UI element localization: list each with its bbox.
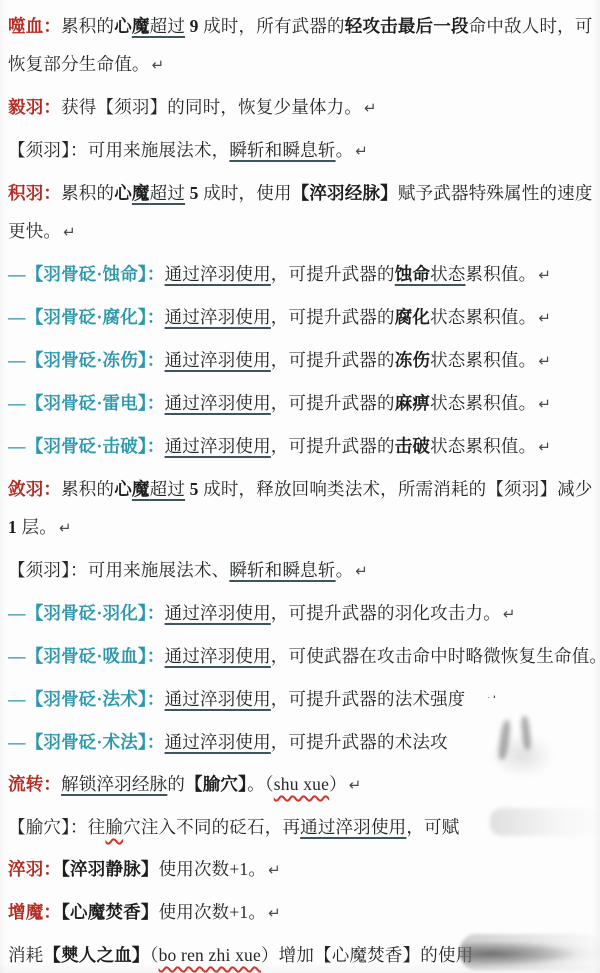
text-segment: 超过 (150, 16, 185, 36)
paragraph: 流转：解锁淬羽经脉的【腧穴】。（shu xue）↵ (8, 765, 598, 804)
paragraph: —【羽骨砭·雷电】：通过淬羽使用，可提升武器的麻痹状态累积值。↵ (8, 384, 598, 423)
paragraph-mark: ↵ (61, 223, 76, 241)
text-segment: 超过 (150, 479, 185, 499)
text-segment: ） (329, 774, 347, 794)
text-segment: —【羽骨砭·法术】： (8, 689, 165, 709)
paragraph: 消耗【僰人之血】（bo ren zhi xue）增加【心魔焚香】的使用 (8, 936, 598, 973)
text-segment: —【羽骨砭·吸血】： (8, 646, 165, 666)
text-segment: 心 (114, 183, 132, 203)
paragraph: —【羽骨砭·腐化】：通过淬羽使用，可提升武器的腐化状态累积值。↵ (8, 298, 598, 337)
text-segment: ，可提升武器的 (271, 436, 395, 456)
text-segment: 轻攻击最后一段 (345, 16, 469, 36)
text-segment: 魔 (132, 16, 150, 36)
text-segment: 麻痹 (395, 393, 430, 413)
paragraph: —【羽骨砭·术法】：通过淬羽使用，可提升武器的术法攻 (8, 723, 598, 761)
text-segment: 【僰人之血】 (43, 945, 149, 965)
document-body: 噬血：累积的心魔超过 9 成时，所有武器的轻攻击最后一段命中敌人时，可恢复部分生… (8, 7, 598, 973)
text-segment: ）增加【心魔焚香】的使用 (261, 945, 473, 965)
text-segment: 层。 (22, 517, 57, 537)
text-segment: 通过淬羽使用 (165, 603, 271, 623)
text-segment: 状态累积值。 (430, 436, 536, 456)
text-segment: 【淬羽静脉】 (61, 859, 158, 879)
paragraph-mark: ↵ (501, 605, 516, 623)
text-segment: ，可赋 (406, 817, 459, 837)
text-segment: 累积的 (61, 16, 114, 36)
text-segment: 穴注入不同的砭石，再 (123, 817, 300, 837)
text-segment: 消耗 (8, 945, 43, 965)
text-segment: 敛羽： (8, 479, 61, 499)
text-segment: 积羽： (8, 183, 61, 203)
text-segment: 冻伤 (395, 350, 430, 370)
paragraph: 敛羽：累积的心魔超过 5 成时，释放回响类法术，所需消耗的【须羽】减少 1 层。… (8, 470, 598, 547)
text-segment: —【羽骨砭·腐化】： (8, 307, 165, 327)
text-segment: 魔 (132, 183, 150, 203)
text-segment: 通过淬羽使用 (165, 350, 271, 370)
paragraph: —【羽骨砭·蚀命】：通过淬羽使用，可提升武器的蚀命状态累积值。↵ (8, 255, 598, 294)
text-segment: 淬羽： (8, 859, 61, 879)
paragraph: 淬羽：【淬羽静脉】使用次数+1。↵ (8, 850, 598, 889)
text-segment: 通过淬羽使用 (165, 732, 271, 752)
text-segment: —【羽骨砭·术法】： (8, 732, 165, 752)
text-segment: 通过淬羽使用 (165, 264, 271, 284)
paragraph: 【腧穴】：往腧穴注入不同的砭石，再通过淬羽使用，可赋 (8, 808, 598, 846)
paragraph: —【羽骨砭·法术】：通过淬羽使用，可提升武器的法术强度。↵ (8, 680, 598, 719)
text-segment: 通过淬羽使用 (165, 646, 271, 666)
text-segment: 9 (185, 16, 203, 36)
text-segment: 腐化 (395, 307, 430, 327)
text-segment: 。 (336, 140, 354, 160)
paragraph: —【羽骨砭·冻伤】：通过淬羽使用，可提升武器的冻伤状态累积值。↵ (8, 341, 598, 380)
paragraph-mark: ↵ (266, 861, 281, 879)
text-segment: 心 (114, 479, 132, 499)
text-segment: 通过淬羽使用 (165, 393, 271, 413)
text-segment: 。（ (247, 774, 274, 794)
text-segment: 解锁淬羽经脉 (61, 774, 167, 794)
text-segment: 状态累积值。 (430, 393, 536, 413)
text-segment: 超过 (150, 183, 185, 203)
text-segment: 1 (8, 517, 22, 537)
paragraph-mark: ↵ (347, 776, 362, 794)
paragraph: 毅羽：获得【须羽】的同时，恢复少量体力。↵ (8, 88, 598, 127)
text-segment: 成时，所有武器的 (203, 16, 345, 36)
text-segment: 状态累积值。 (430, 307, 536, 327)
text-segment: 【心魔焚香】 (61, 902, 158, 922)
text-segment: （ (150, 945, 159, 965)
text-segment: 使用次数+1。 (159, 902, 267, 922)
paragraph-mark: ↵ (353, 142, 368, 160)
text-segment: 状态 (430, 264, 465, 284)
paragraph-mark: ↵ (536, 352, 551, 370)
paragraph-mark: ↵ (353, 562, 368, 580)
text-segment: 【须羽】：可用来施展法术、 (8, 560, 229, 580)
text-segment: 累积的 (61, 479, 114, 499)
text-segment: 流转： (8, 774, 61, 794)
text-segment: 通过淬羽使用 (165, 689, 271, 709)
paragraph: 积羽：累积的心魔超过 5 成时，使用【淬羽经脉】赋予武器特殊属性的速度更快。↵ (8, 174, 598, 251)
text-segment: 累积的 (61, 183, 114, 203)
paragraph: —【羽骨砭·羽化】：通过淬羽使用，可提升武器的羽化攻击力。↵ (8, 594, 598, 633)
text-segment: 通过淬羽使用 (165, 436, 271, 456)
text-segment: 累积值。 (466, 264, 537, 284)
text-segment: 瞬斩和瞬息斩 (229, 140, 335, 160)
paragraph-mark: ↵ (362, 99, 377, 117)
text-segment: ，可使武器在攻击命中时略微恢复生命值。 (271, 646, 600, 666)
paragraph: —【羽骨砭·击破】：通过淬羽使用，可提升武器的击破状态累积值。↵ (8, 427, 598, 466)
text-segment: 瞬斩和瞬息斩 (229, 560, 335, 580)
text-segment: 。 (336, 560, 354, 580)
text-segment: 成时，使用 (203, 183, 292, 203)
text-segment: 增魔： (8, 902, 61, 922)
text-segment: —【羽骨砭·羽化】： (8, 603, 165, 623)
text-segment: 心 (114, 16, 132, 36)
text-segment: 通过淬羽使用 (300, 817, 406, 837)
paragraph-mark: ↵ (536, 438, 551, 456)
paragraph-mark: ↵ (536, 266, 551, 284)
text-segment: 蚀命 (395, 264, 430, 284)
text-segment: 【腧穴】：往 (8, 817, 105, 837)
text-segment: ，可提升武器的 (271, 264, 395, 284)
text-segment: ，可提升武器的 (271, 350, 395, 370)
paragraph: 噬血：累积的心魔超过 9 成时，所有武器的轻攻击最后一段命中敌人时，可恢复部分生… (8, 7, 598, 84)
text-segment: 噬血： (8, 16, 61, 36)
text-segment: —【羽骨砭·击破】： (8, 436, 165, 456)
text-segment: 使用次数+1。 (159, 859, 267, 879)
paragraph: 增魔：【心魔焚香】使用次数+1。↵ (8, 893, 598, 932)
document-page: 噬血：累积的心魔超过 9 成时，所有武器的轻攻击最后一段命中敌人时，可恢复部分生… (0, 0, 600, 973)
text-segment: 毅羽： (8, 97, 61, 117)
text-segment: —【羽骨砭·冻伤】： (8, 350, 165, 370)
text-segment: 魔 (132, 479, 150, 499)
text-segment: ，可提升武器的法术强度。 (271, 689, 483, 709)
text-segment: 通过淬羽使用 (165, 307, 271, 327)
text-segment: 获得【须羽】的同时，恢复少量体力。 (61, 97, 362, 117)
paragraph-mark: ↵ (266, 904, 281, 922)
paragraph: 【须羽】：可用来施展法术，瞬斩和瞬息斩。↵ (8, 131, 598, 170)
text-segment: 的 (167, 774, 185, 794)
text-segment: 成时，释放回响类法术，所需消耗的【须羽】减少 (203, 479, 592, 499)
text-segment: 5 (185, 183, 203, 203)
text-segment: 【腧穴】 (185, 774, 247, 794)
paragraph: 【须羽】：可用来施展法术、瞬斩和瞬息斩。↵ (8, 551, 598, 590)
text-segment: 【淬羽经脉】 (292, 183, 398, 203)
screenshot-root: { "colors": { "term_red": "#b32a20", "ke… (0, 0, 600, 973)
paragraph: —【羽骨砭·吸血】：通过淬羽使用，可使武器在攻击命中时略微恢复生命值。↵ (8, 637, 598, 676)
text-segment: 状态累积值。 (430, 350, 536, 370)
text-segment: ，可提升武器的羽化攻击力。 (271, 603, 501, 623)
paragraph-mark: ↵ (536, 309, 551, 327)
text-segment: —【羽骨砭·蚀命】： (8, 264, 165, 284)
paragraph-mark: ↵ (483, 691, 498, 709)
text-segment: bo ren zhi xue (159, 945, 261, 965)
text-segment: 击破 (395, 436, 430, 456)
paragraph-mark: ↵ (150, 56, 165, 74)
text-segment: ，可提升武器的术法攻 (271, 732, 448, 752)
text-segment: shu xue (274, 774, 329, 794)
text-segment: ，可提升武器的 (271, 307, 395, 327)
text-segment: ，可提升武器的 (271, 393, 395, 413)
text-segment: 5 (185, 479, 203, 499)
paragraph-mark: ↵ (57, 519, 72, 537)
paragraph-mark: ↵ (536, 395, 551, 413)
text-segment: 【须羽】：可用来施展法术， (8, 140, 229, 160)
text-segment: —【羽骨砭·雷电】： (8, 393, 165, 413)
text-segment: 腧 (105, 817, 123, 837)
